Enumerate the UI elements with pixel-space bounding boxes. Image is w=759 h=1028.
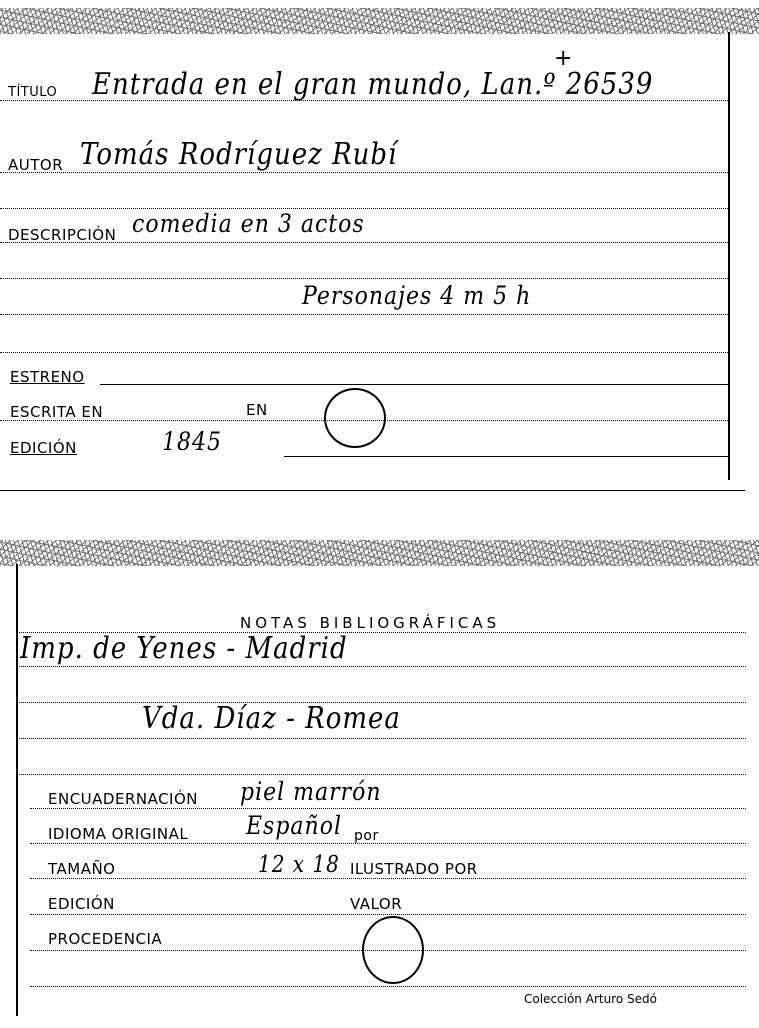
encuadernacion-value: piel marrón	[240, 780, 382, 805]
tamano-line	[30, 878, 746, 879]
titulo-mark: +	[554, 46, 572, 71]
encuadernacion-label: ENCUADERNACIÓN	[48, 792, 198, 807]
collection-credit: Colección Arturo Sedó	[524, 992, 657, 1006]
note-line	[16, 738, 746, 739]
idioma-line	[30, 843, 746, 844]
idioma-value: Español	[246, 814, 342, 839]
idioma-label: IDIOMA ORIGINAL	[48, 827, 188, 842]
edicion-label: EDICIÓN	[10, 441, 77, 456]
card-bottom-edge	[0, 490, 745, 491]
autor-value: Tomás Rodríguez Rubí	[80, 140, 397, 170]
ink-stamp	[362, 916, 424, 984]
catalog-card-bottom: NOTAS BIBLIOGRÁFICAS Imp. de Yenes - Mad…	[0, 530, 759, 1028]
blank-line	[0, 352, 728, 353]
autor-label: AUTOR	[8, 158, 63, 173]
card-edge-texture	[0, 540, 759, 566]
edicion-line	[284, 456, 728, 457]
note-1: Imp. de Yenes - Madrid	[20, 634, 348, 664]
estreno-label: ESTRENO	[10, 370, 85, 385]
por-label: por	[354, 829, 379, 843]
edicion2-line	[30, 914, 746, 915]
tamano-value: 12 x 18	[258, 853, 340, 876]
titulo-value: Entrada en el gran mundo, Lan.º 26539	[92, 70, 653, 100]
catalog-card-top: TÍTULO Entrada en el gran mundo, Lan.º 2…	[0, 0, 759, 500]
titulo-label: TÍTULO	[8, 86, 57, 99]
edicion2-label: EDICIÓN	[48, 897, 115, 912]
titulo-line	[0, 100, 728, 101]
blank-line	[0, 208, 728, 209]
autor-line	[0, 172, 728, 173]
edicion-value: 1845	[162, 430, 222, 455]
ink-stamp	[324, 388, 386, 448]
tamano-label: TAMAÑO	[48, 862, 116, 877]
descripcion-value: comedia en 3 actos	[132, 212, 365, 237]
blank-line	[0, 278, 728, 279]
encuadernacion-line	[30, 808, 746, 809]
estreno-line	[100, 384, 728, 385]
personajes-line	[0, 314, 728, 315]
personajes-value: Personajes 4 m 5 h	[302, 284, 531, 309]
descripcion-line	[0, 242, 728, 243]
procedencia-label: PROCEDENCIA	[48, 932, 162, 947]
blank-line	[16, 774, 746, 775]
card-edge-texture	[0, 8, 759, 34]
notas-heading: NOTAS BIBLIOGRÁFICAS	[240, 614, 500, 632]
descripcion-label: DESCRIPCIÓN	[8, 228, 116, 243]
escrita-en-label: ESCRITA EN	[10, 405, 103, 420]
blank-line	[30, 986, 746, 987]
en-label: EN	[246, 403, 268, 418]
card-right-border	[728, 32, 730, 480]
note-2: Vda. Díaz - Romea	[142, 704, 401, 734]
ilustrado-label: ILUSTRADO POR	[350, 862, 478, 877]
note-line	[16, 666, 746, 667]
valor-label: VALOR	[350, 897, 402, 912]
